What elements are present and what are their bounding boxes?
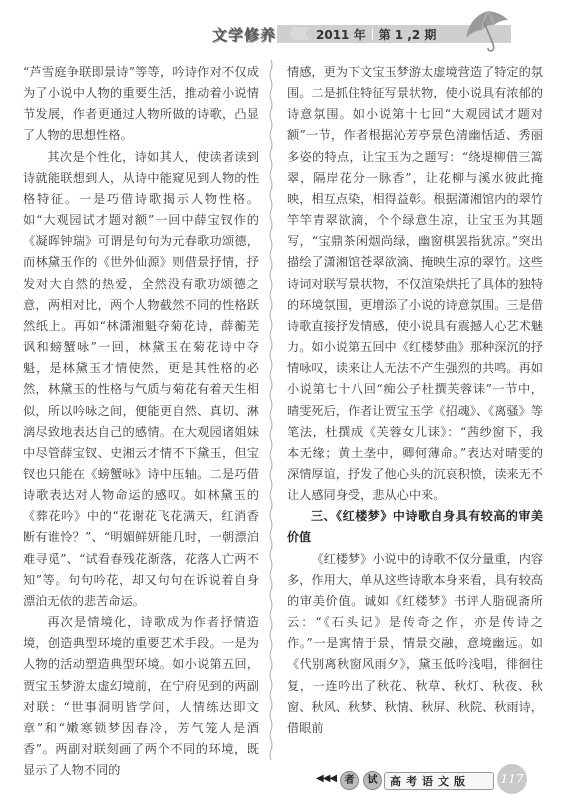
paragraph: “芦雪庭争联即景诗”等等，吟诗作对不仅成为了小说中人物的重要生活，推动着小说情节… [23,62,259,147]
triple-arrow-left-icon: ◀◀◀ [316,773,336,784]
wavy-column-divider [268,60,274,760]
footer-badge-1: 者 [340,771,359,790]
left-text-column: “芦雪庭争联即景诗”等等，吟诗作对不仅成为了小说中人物的重要生活，推动着小说情节… [23,62,259,781]
column-brand-title: 文学修养 [212,24,276,45]
issue-year: 2011 年 [316,28,366,42]
publication-name: 高考语文版 [390,773,470,789]
paragraph: 再次是情境化，诗歌成为作者抒情造境，创造典型环境的重要艺术手段。一是为人物的活动… [23,612,259,781]
issue-number: 第 1 ,2 期 [379,28,437,42]
issue-info: 2011 年第 1 ,2 期 [316,26,436,43]
paragraph: 《红楼梦》小说中的诗歌不仅分量重，内容多，作用大，单从这些诗歌本身来看，具有较高… [287,549,543,739]
footer-badge-2: 试 [363,771,382,790]
issue-separator [372,29,373,40]
page-number: 117 [497,764,527,794]
umbrella-icon [460,8,510,54]
chevron-decor-icon: 《《《《 [283,24,306,44]
page-header: 文学修养 《《《《 2011 年第 1 ,2 期 [0,0,581,55]
section-heading: 三、《红楼梦》中诗歌自身具有较高的审美价值 [287,506,543,548]
page-footer: ◀◀◀ 者 试 高考语文版 117 [310,768,560,794]
right-text-column: 情感，更为下文宝玉梦游太虚境营造了特定的氛围。二是抓住特征写景状物，使小说具有浓… [287,62,543,739]
paragraph: 其次是个性化，诗如其人，使读者读到诗就能联想到人，从诗中能窥见到人物的性格特征。… [23,147,259,612]
paragraph: 情感，更为下文宝玉梦游太虚境营造了特定的氛围。二是抓住特征写景状物，使小说具有浓… [287,62,543,506]
